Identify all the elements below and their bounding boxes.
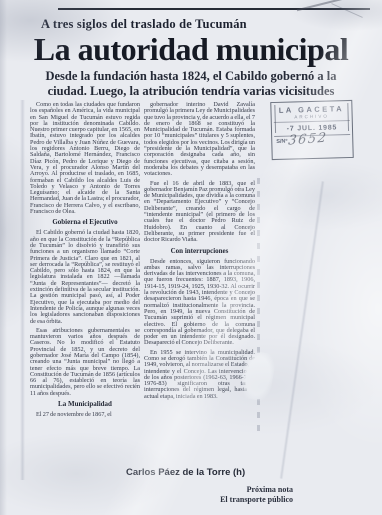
middle-column: gobernador interino David Zavalía promul… — [144, 102, 255, 403]
paragraph: Fue el 16 de abril de 1883, que el gober… — [144, 181, 255, 244]
subhead-line-2: ciudad. Luego, la atribución tendría var… — [20, 84, 362, 99]
next-note-label: Próxima nota — [220, 485, 293, 495]
paper-crease — [279, 181, 325, 479]
paragraph: El Cabildo gobernó la ciudad hasta 1820,… — [30, 230, 140, 324]
paragraph: Desde entonces, siguieron funcionando am… — [144, 259, 255, 347]
pencil-mark — [331, 3, 363, 18]
paragraph: En 1955 se intervino la municipalidad. C… — [144, 350, 255, 400]
section-heading: Con interrupciones — [144, 247, 255, 255]
section-heading: La Municipalidad — [30, 400, 140, 408]
kicker: A tres siglos del traslado de Tucumán — [41, 17, 247, 32]
headline: La autoridad municipal — [4, 31, 378, 68]
stamp-serial-label: S/Nº — [276, 139, 287, 145]
next-note: Próxima nota El transporte público — [220, 485, 293, 504]
paragraph: Esas atribuciones gubernamentales se man… — [30, 328, 140, 397]
top-rule — [58, 8, 370, 10]
subhead-line-1: Desde la fundación hasta 1824, el Cabild… — [20, 69, 362, 84]
paper-crease — [20, 100, 25, 480]
subhead: Desde la fundación hasta 1824, el Cabild… — [20, 69, 362, 98]
newspaper-clipping: A tres siglos del traslado de Tucumán La… — [0, 0, 382, 515]
left-column: Como en todas las ciudades que fundaron … — [30, 102, 140, 421]
paragraph: gobernador interino David Zavalía promul… — [144, 102, 255, 178]
paragraph: El 27 de noviembre de 1867, el — [30, 412, 140, 418]
stamp-serial-number-handwritten: 3652 — [288, 130, 328, 148]
stamp-serial: S/Nº 3652 — [272, 135, 352, 145]
paragraph: Como en todas las ciudades que fundaron … — [30, 102, 140, 215]
byline: Carlos Páez de la Torre (h) — [126, 467, 245, 478]
section-heading: Gobierna el Ejecutivo — [30, 218, 140, 226]
next-note-title: El transporte público — [220, 495, 293, 505]
archive-stamp: LA GACETA ARCHIVO -7 JUL. 1985 S/Nº 3652 — [270, 100, 353, 160]
